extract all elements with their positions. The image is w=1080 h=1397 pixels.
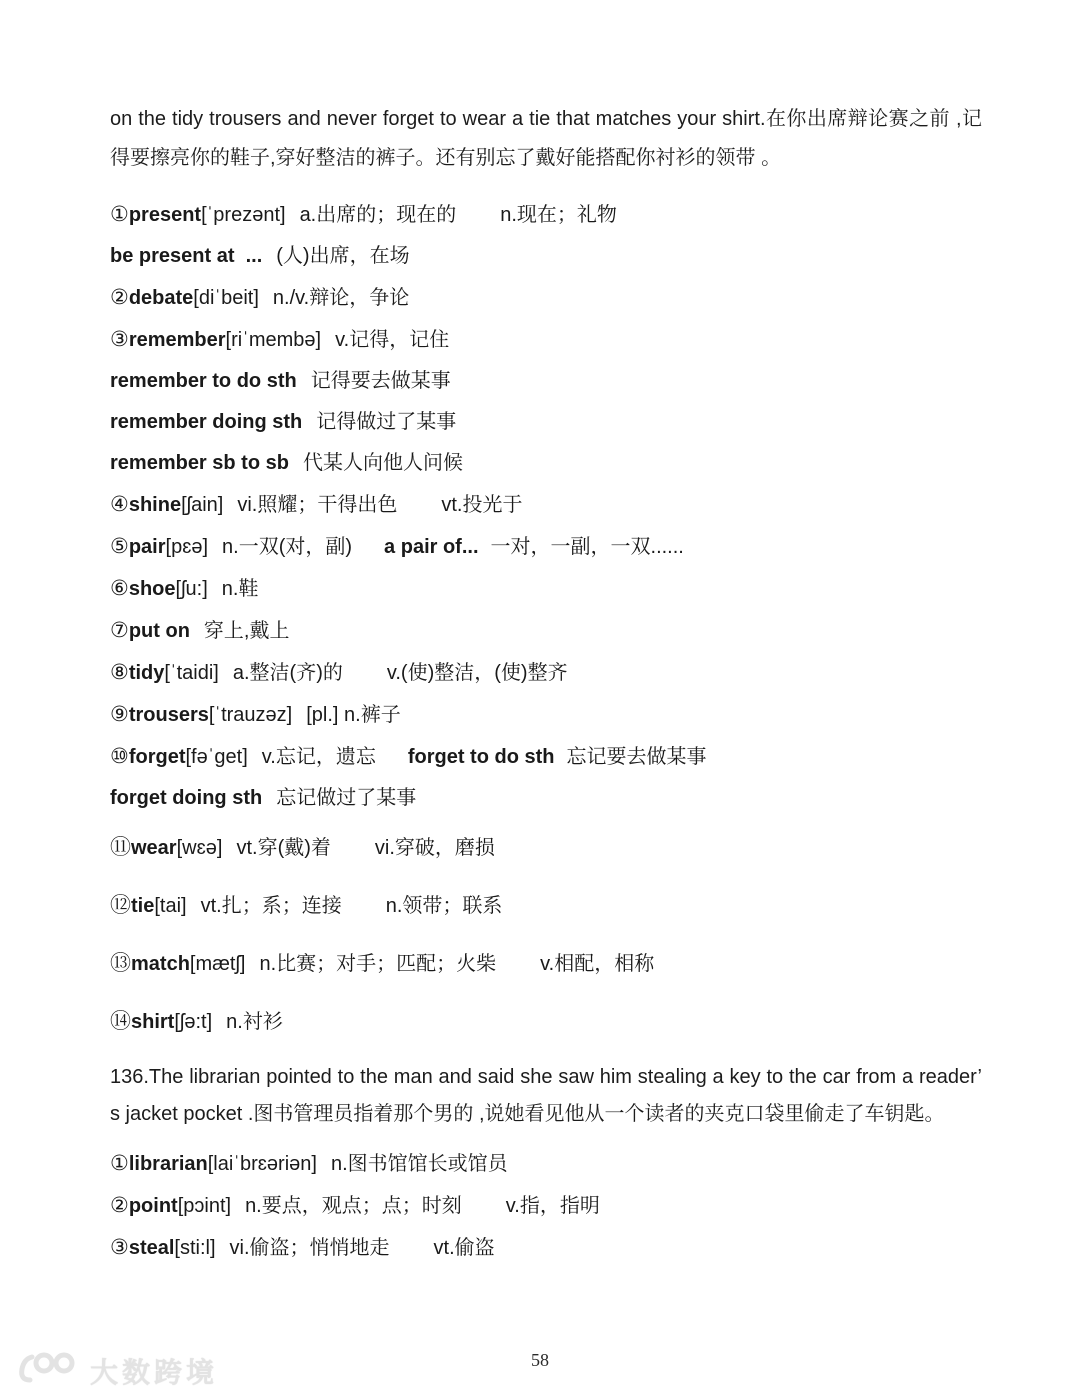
entry-word: steal — [129, 1237, 175, 1259]
entry-word: put on — [129, 620, 190, 642]
entry-word: present — [129, 204, 201, 226]
entry-phonetic: [fəˈget] — [186, 746, 248, 768]
entry-phonetic: [ˈprezənt] — [201, 204, 285, 226]
entry-word: remember to do sth — [110, 370, 297, 392]
entry-definition: 记得要去做某事 — [311, 370, 451, 392]
entry-word: shirt — [131, 1011, 174, 1033]
entry-word: tidy — [129, 662, 165, 684]
entry-present: ①present[ˈprezənt]a.出席的；现在的n.现在；礼物 — [110, 194, 982, 236]
entry-number: ⑥ — [110, 577, 129, 600]
entry-number: ③ — [110, 1236, 129, 1259]
entry-pair: ⑤pair[pɛə]n.一双(对，副)a pair of...一对，一副，一双.… — [110, 526, 982, 568]
entry-definition: n.衬衫 — [226, 1011, 283, 1033]
entry-definition: n.一双(对，副) — [222, 536, 352, 558]
entry-definition: 忘记要去做某事 — [566, 746, 706, 768]
entry-be-present-at: be present at ...(人)出席，在场 — [110, 236, 982, 277]
entry-librarian: ①librarian[laiˈbrɛəriən]n.图书馆馆长或馆员 — [110, 1143, 982, 1185]
entry-number: ② — [110, 286, 129, 309]
entry-definition: n./v.辩论，争论 — [273, 287, 409, 309]
entry-word: tie — [131, 895, 154, 917]
watermark-text: 大数跨境 — [90, 1351, 218, 1391]
entry-number: ⑨ — [110, 703, 129, 726]
entry-definition: vt.偷盗 — [434, 1237, 495, 1259]
entry-definition: a.整洁(齐)的 — [233, 662, 343, 684]
entry-definition: 代某人向他人问候 — [303, 452, 463, 474]
entry-definition: vi.偷盗；悄悄地走 — [230, 1237, 390, 1259]
entry-definition: v.记得，记住 — [335, 329, 449, 351]
entry-word: shoe — [129, 578, 176, 600]
entry-shoe: ⑥shoe[ʃu:]n.鞋 — [110, 568, 982, 610]
entry-word: remember — [129, 329, 226, 351]
entry-word: remember sb to sb — [110, 452, 289, 474]
entry-phonetic: [pɔint] — [178, 1195, 231, 1217]
entry-word: trousers — [129, 704, 209, 726]
entry-number: ⑪ — [110, 836, 131, 859]
entry-forget: ⑩forget[fəˈget]v.忘记，遗忘forget to do sth忘记… — [110, 736, 982, 778]
entry-phonetic: [riˈmembə] — [226, 329, 322, 351]
vocab-list-136: ①librarian[laiˈbrɛəriən]n.图书馆馆长或馆员 ②poin… — [110, 1143, 982, 1269]
entry-word: librarian — [129, 1153, 208, 1175]
entry-remember: ③remember[riˈmembə]v.记得，记住 — [110, 319, 982, 361]
entry-number: ⑧ — [110, 661, 129, 684]
entry-definition: vi.照耀；干得出色 — [237, 494, 397, 516]
entry-number: ① — [110, 203, 129, 226]
entry-word: remember doing sth — [110, 411, 302, 433]
entry-word: wear — [131, 837, 177, 859]
entry-steal: ③steal[sti:l]vi.偷盗；悄悄地走vt.偷盗 — [110, 1227, 982, 1269]
entry-phonetic: [ʃain] — [181, 494, 223, 516]
sentence-136-paragraph: 136.The librarian pointed to the man and… — [110, 1059, 982, 1133]
entry-phonetic: [diˈbeit] — [193, 287, 259, 309]
entry-shine: ④shine[ʃain]vi.照耀；干得出色vt.投光于 — [110, 484, 982, 526]
entry-definition: a.出席的；现在的 — [300, 204, 457, 226]
entry-phonetic: [pɛə] — [166, 536, 209, 558]
entry-phonetic: [wɛə] — [177, 837, 223, 859]
entry-remember-to-do-sth: remember to do sth记得要去做某事 — [110, 361, 982, 402]
entry-definition: 记得做过了某事 — [316, 411, 456, 433]
entry-definition: v.忘记，遗忘 — [262, 746, 376, 768]
entry-phrase: a pair of... — [384, 536, 478, 558]
entry-word: shine — [129, 494, 181, 516]
entry-definition: vt.扎；系；连接 — [201, 895, 342, 917]
entry-definition: n.比赛；对手；匹配；火柴 — [259, 953, 496, 975]
entry-number: ⑦ — [110, 619, 129, 642]
entry-definition: n.要点，观点；点；时刻 — [245, 1195, 462, 1217]
entry-number: ① — [110, 1152, 129, 1175]
watermark: 大数跨境 — [16, 1350, 218, 1391]
entry-phrase: forget to do sth — [408, 746, 555, 768]
watermark-logo-icon — [16, 1350, 82, 1391]
entry-number: ⑤ — [110, 535, 129, 558]
entry-remember-sb-to-sb: remember sb to sb代某人向他人问候 — [110, 443, 982, 484]
entry-phonetic: [ʃu:] — [176, 578, 208, 600]
entry-definition: v.指，指明 — [506, 1195, 600, 1217]
entry-word: debate — [129, 287, 193, 309]
entry-definition: 一对，一副，一双...... — [491, 536, 684, 558]
entry-number: ⑫ — [110, 894, 131, 917]
entry-word: forget doing sth — [110, 787, 262, 809]
entry-phonetic: [sti:l] — [174, 1237, 215, 1259]
entry-definition: vt.穿(戴)着 — [236, 837, 330, 859]
entry-definition: n.现在；礼物 — [500, 204, 617, 226]
document-page: on the tidy trousers and never forget to… — [0, 0, 1080, 1397]
entry-word: be present at ... — [110, 245, 262, 267]
entry-definition: 穿上,戴上 — [204, 620, 290, 642]
entry-word: match — [131, 953, 190, 975]
entry-word: point — [129, 1195, 178, 1217]
entry-phonetic: [ˈtrauzəz] — [209, 704, 292, 726]
entry-number: ④ — [110, 493, 129, 516]
entry-definition: vt.投光于 — [441, 494, 522, 516]
entry-definition: v.(使)整洁，(使)整齐 — [387, 662, 568, 684]
entry-phonetic: [tai] — [154, 895, 186, 917]
entry-definition: 忘记做过了某事 — [276, 787, 416, 809]
entry-definition: vi.穿破，磨损 — [375, 837, 495, 859]
entry-word: pair — [129, 536, 166, 558]
entry-number: ⑬ — [110, 952, 131, 975]
entry-point: ②point[pɔint]n.要点，观点；点；时刻v.指，指明 — [110, 1185, 982, 1227]
entry-definition: n.鞋 — [222, 578, 259, 600]
entry-word: forget — [129, 746, 186, 768]
entry-definition: (人)出席，在场 — [276, 245, 409, 267]
entry-forget-doing-sth: forget doing sth忘记做过了某事 — [110, 778, 982, 819]
entry-wear: ⑪wear[wɛə]vt.穿(戴)着vi.穿破，磨损 — [110, 819, 982, 877]
entry-number: ② — [110, 1194, 129, 1217]
entry-tie: ⑫tie[tai]vt.扎；系；连接n.领带；联系 — [110, 877, 982, 935]
entry-phonetic: [laiˈbrɛəriən] — [208, 1153, 317, 1175]
entry-definition: n.图书馆馆长或馆员 — [331, 1153, 508, 1175]
entry-definition: n.领带；联系 — [386, 895, 503, 917]
entry-phonetic: [ˈtaidi] — [164, 662, 218, 684]
entry-phonetic: [ʃə:t] — [174, 1011, 212, 1033]
entry-tidy: ⑧tidy[ˈtaidi]a.整洁(齐)的v.(使)整洁，(使)整齐 — [110, 652, 982, 694]
entry-number: ⑭ — [110, 1010, 131, 1033]
entry-number: ⑩ — [110, 745, 129, 768]
entry-debate: ②debate[diˈbeit]n./v.辩论，争论 — [110, 277, 982, 319]
entry-remember-doing-sth: remember doing sth记得做过了某事 — [110, 402, 982, 443]
entry-match: ⑬match[mætʃ]n.比赛；对手；匹配；火柴v.相配，相称 — [110, 935, 982, 993]
entry-put-on: ⑦put on穿上,戴上 — [110, 610, 982, 652]
entry-trousers: ⑨trousers[ˈtrauzəz][pl.] n.裤子 — [110, 694, 982, 736]
entry-phonetic: [mætʃ] — [190, 953, 246, 975]
vocab-list-135: ①present[ˈprezənt]a.出席的；现在的n.现在；礼物 be pr… — [110, 194, 982, 1051]
intro-paragraph: on the tidy trousers and never forget to… — [110, 100, 982, 178]
document-content: on the tidy trousers and never forget to… — [110, 100, 982, 1269]
entry-definition: [pl.] n.裤子 — [306, 704, 400, 726]
entry-number: ③ — [110, 328, 129, 351]
entry-shirt: ⑭shirt[ʃə:t]n.衬衫 — [110, 993, 982, 1051]
entry-definition: v.相配，相称 — [540, 953, 654, 975]
